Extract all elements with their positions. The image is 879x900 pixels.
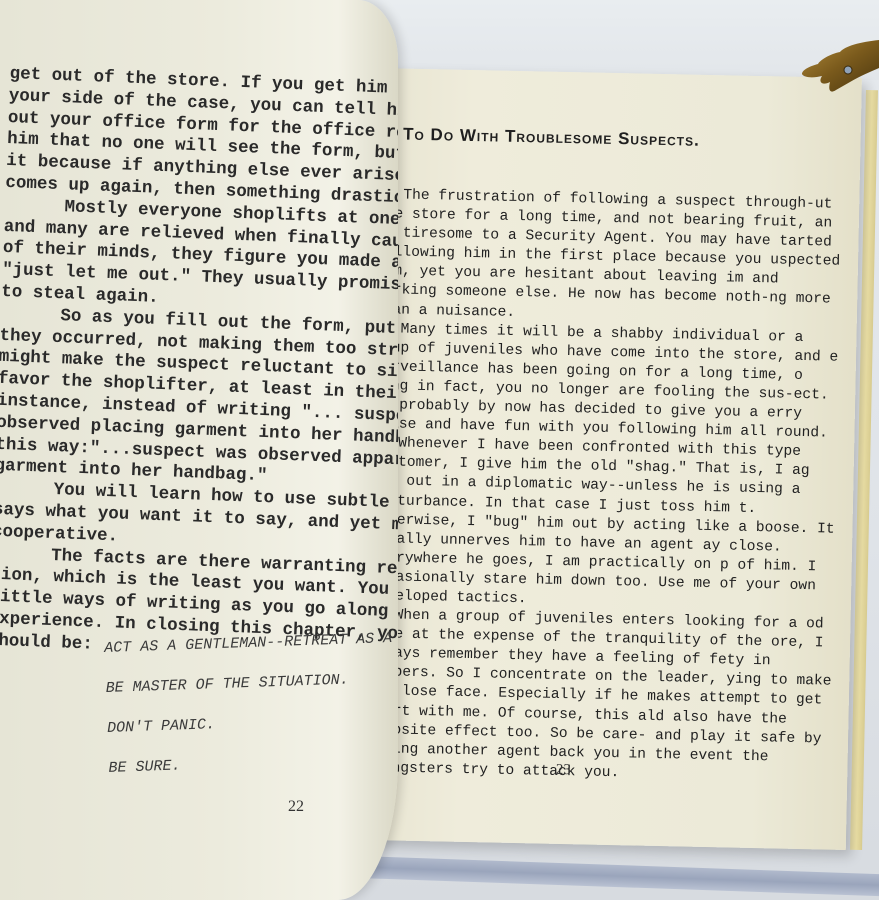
left-page: get out of the store. If you get him int… bbox=[0, 0, 398, 900]
paragraph: Whenever I have been confronted with thi… bbox=[369, 434, 842, 616]
right-page: hat To Do With Troublesome Suspects. The… bbox=[362, 68, 862, 850]
rule-item: BE MASTER OF THE SITUATION. bbox=[105, 669, 398, 697]
acrylic-stand-edge bbox=[330, 855, 879, 897]
rule-item: DON'T PANIC. bbox=[107, 709, 398, 737]
rule-item: BE SURE. bbox=[108, 749, 398, 777]
chapter-title: hat To Do With Troublesome Suspects. bbox=[370, 124, 700, 151]
paragraph: Many times it will be a shabby individua… bbox=[372, 320, 844, 444]
page-number: 22 bbox=[288, 798, 304, 816]
left-page-body: get out of the store. If you get him int… bbox=[0, 64, 398, 668]
closing-rules-list: ACT AS A GENTLEMAN--RETREAT AS A G BE MA… bbox=[104, 629, 398, 800]
paragraph: The frustration of following a suspect t… bbox=[375, 186, 848, 329]
right-page-body: The frustration of following a suspect t… bbox=[365, 186, 847, 788]
brass-hand-bookmark-icon bbox=[800, 38, 879, 108]
